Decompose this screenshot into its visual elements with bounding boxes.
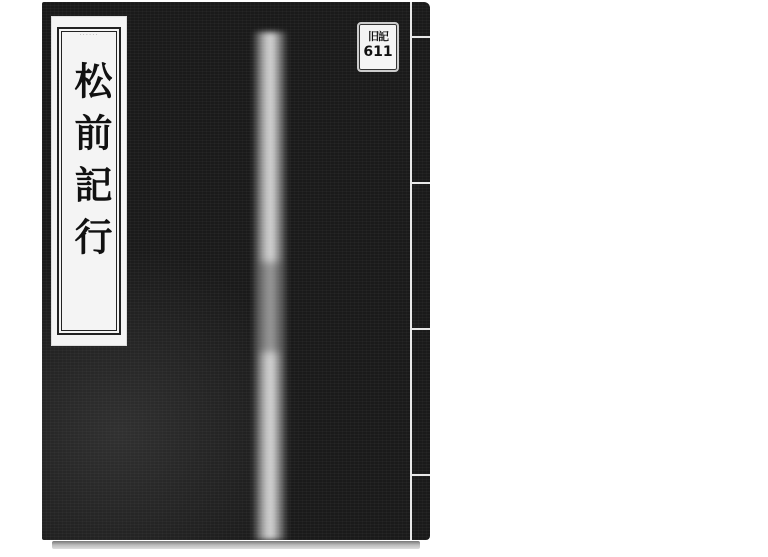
call-number: 611 xyxy=(359,44,397,60)
call-number-series: 旧記 xyxy=(363,28,393,44)
call-number-label: 旧記 611 xyxy=(357,22,399,72)
binding-stitch xyxy=(410,474,430,476)
book-title: 松前記行 xyxy=(69,61,109,269)
book-cover: ...... 松前記行 旧記 611 xyxy=(42,2,430,540)
faint-header-text: ...... xyxy=(62,29,116,51)
binding-line xyxy=(410,2,412,540)
glare-shadow xyxy=(256,262,284,352)
binding-stitch xyxy=(410,328,430,330)
binding-stitch xyxy=(410,36,430,38)
book-bottom-edge xyxy=(52,541,420,549)
title-slip: ...... 松前記行 xyxy=(51,16,127,346)
binding-stitch xyxy=(410,182,430,184)
